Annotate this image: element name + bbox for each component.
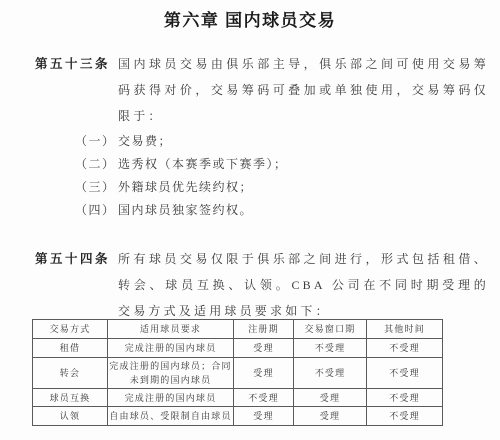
- article-54-text: 所有球员交易仅限于俱乐部之间进行，形式包括租借、转会、球员互换、认领。CBA 公…: [118, 246, 489, 324]
- cell: 球员互换: [33, 389, 108, 407]
- trade-rules-table: 交易方式 适用球员要求 注册期 交易窗口期 其他时间 租借 完成注册的国内球员 …: [32, 319, 443, 426]
- clause-text: 交易费；: [118, 130, 172, 153]
- article-54-label: 第五十四条: [35, 246, 110, 272]
- clause-item-4: （四） 国内球员独家签约权。: [75, 199, 475, 222]
- clause-number: （三）: [75, 176, 118, 199]
- cell: 受理: [234, 407, 294, 426]
- cell: 不受理: [367, 407, 443, 426]
- cell: 不受理: [367, 358, 443, 389]
- clause-number: （一）: [75, 130, 118, 153]
- table-row: 球员互换 完成注册的国内球员 不受理 受理 不受理: [33, 389, 443, 407]
- chapter-title: 第六章 国内球员交易: [0, 6, 500, 31]
- clause-text: 外籍球员优先续约权；: [118, 176, 253, 199]
- col-header-other-time: 其他时间: [367, 320, 443, 339]
- clause-item-3: （三） 外籍球员优先续约权；: [75, 176, 475, 199]
- clause-number: （四）: [75, 199, 118, 222]
- table-row: 转会 完成注册的国内球员；合同未到期的国内球员 受理 不受理 不受理: [33, 358, 443, 389]
- table-header-row: 交易方式 适用球员要求 注册期 交易窗口期 其他时间: [33, 320, 443, 339]
- clause-text: 国内球员独家签约权。: [118, 199, 253, 222]
- article-53-text: 国内球员交易由俱乐部主导，俱乐部之间可使用交易筹码获得对价，交易筹码可叠加或单独…: [118, 51, 489, 129]
- cell: 完成注册的国内球员: [108, 389, 234, 407]
- table-row: 认领 自由球员、受限制自由球员 受理 受理 不受理: [33, 407, 443, 426]
- cell: 租借: [33, 339, 108, 358]
- cell: 认领: [33, 407, 108, 426]
- col-header-trade-type: 交易方式: [33, 320, 108, 339]
- col-header-player-requirement: 适用球员要求: [108, 320, 234, 339]
- article-53-label: 第五十三条: [35, 51, 110, 77]
- col-header-trade-window: 交易窗口期: [294, 320, 367, 339]
- cell: 不受理: [367, 339, 443, 358]
- cell: 完成注册的国内球员；合同未到期的国内球员: [108, 358, 234, 389]
- cell: 受理: [234, 339, 294, 358]
- cell: 完成注册的国内球员: [108, 339, 234, 358]
- col-header-registration-period: 注册期: [234, 320, 294, 339]
- cell: 不受理: [367, 389, 443, 407]
- clause-item-2: （二） 选秀权（本赛季或下赛季）；: [75, 153, 475, 176]
- cell: 受理: [294, 389, 367, 407]
- cell: 自由球员、受限制自由球员: [108, 407, 234, 426]
- cell: 不受理: [294, 358, 367, 389]
- table-row: 租借 完成注册的国内球员 受理 不受理 不受理: [33, 339, 443, 358]
- cell: 转会: [33, 358, 108, 389]
- cell: 受理: [294, 407, 367, 426]
- clause-number: （二）: [75, 153, 118, 176]
- cell: 受理: [234, 358, 294, 389]
- article-53-clause-list: （一） 交易费； （二） 选秀权（本赛季或下赛季）； （三） 外籍球员优先续约权…: [75, 130, 475, 222]
- cell: 不受理: [294, 339, 367, 358]
- cell: 不受理: [234, 389, 294, 407]
- document-page: 第六章 国内球员交易 第五十三条 国内球员交易由俱乐部主导，俱乐部之间可使用交易…: [0, 0, 500, 440]
- clause-item-1: （一） 交易费；: [75, 130, 475, 153]
- clause-text: 选秀权（本赛季或下赛季）；: [118, 153, 288, 176]
